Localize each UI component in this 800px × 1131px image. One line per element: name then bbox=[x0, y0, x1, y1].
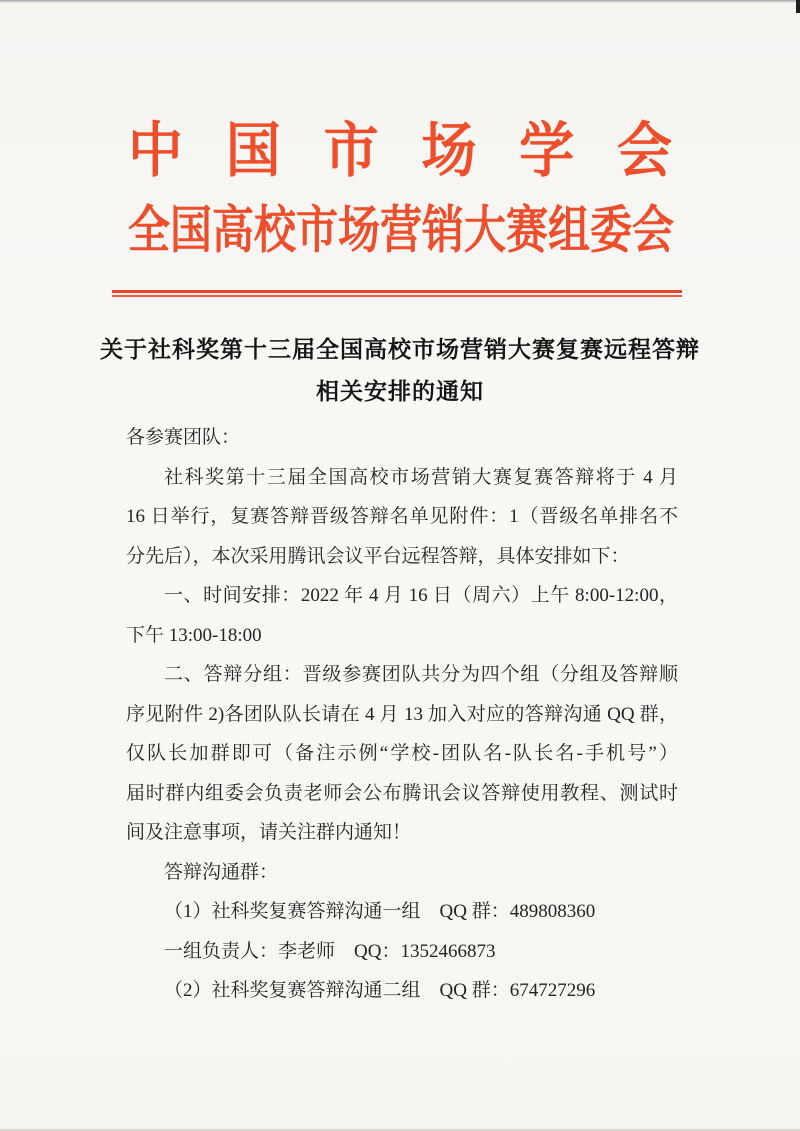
document-line: 序见附件 2)各团队队长请在 4 月 13 加入对应的答辩沟通 QQ 群， bbox=[126, 695, 678, 735]
document-line: 分先后），本次采用腾讯会议平台远程答辩，具体安排如下： bbox=[126, 537, 678, 577]
document-line: （1）社科奖复赛答辩沟通一组 QQ 群：489808360 bbox=[126, 892, 678, 932]
document-line: 下午 13:00-18:00 bbox=[126, 616, 678, 656]
notice-body: 各参赛团队： 社科奖第十三届全国高校市场营销大赛复赛答辩将于 4 月 16 日举… bbox=[126, 418, 678, 1011]
scan-artifact bbox=[796, 0, 800, 13]
red-divider bbox=[112, 290, 682, 297]
document-line: 答辩沟通群： bbox=[126, 853, 678, 893]
org-name: 中国市场学会 bbox=[128, 116, 672, 189]
notice-title: 关于社科奖第十三届全国高校市场营销大赛复赛远程答辩 相关安排的通知 bbox=[0, 329, 800, 413]
document-line: 16 日举行，复赛答辩晋级答辩名单见附件：1（晋级名单排名不 bbox=[126, 497, 678, 537]
document-line: 社科奖第十三届全国高校市场营销大赛复赛答辩将于 4 月 bbox=[126, 458, 678, 498]
letterhead: 中国市场学会 全国高校市场营销大赛组委会 bbox=[0, 116, 800, 297]
title-line-2: 相关安排的通知 bbox=[0, 371, 800, 413]
document-line: 一组负责人：李老师 QQ：1352466873 bbox=[126, 932, 678, 972]
notice-page: 中国市场学会 全国高校市场营销大赛组委会 关于社科奖第十三届全国高校市场营销大赛… bbox=[0, 0, 800, 1131]
document-line: 一、时间安排：2022 年 4 月 16 日（周六）上午 8:00-12:00， bbox=[126, 576, 678, 616]
document-line: 仅队长加群即可（备注示例“学校-团队名-队长名-手机号”） bbox=[126, 734, 678, 774]
document-line: 届时群内组委会负责老师会公布腾讯会议答辩使用教程、测试时 bbox=[126, 774, 678, 814]
document-line: 各参赛团队： bbox=[126, 418, 678, 458]
document-line: 间及注意事项，请关注群内通知！ bbox=[126, 813, 678, 853]
document-line: （2）社科奖复赛答辩沟通二组 QQ 群：674727296 bbox=[126, 971, 678, 1011]
scan-edge-top bbox=[0, 0, 800, 3]
title-line-1: 关于社科奖第十三届全国高校市场营销大赛复赛远程答辩 bbox=[0, 329, 800, 371]
document-line: 二、答辩分组：晋级参赛团队共分为四个组（分组及答辩顺 bbox=[126, 655, 678, 695]
committee-name: 全国高校市场营销大赛组委会 bbox=[128, 203, 672, 264]
